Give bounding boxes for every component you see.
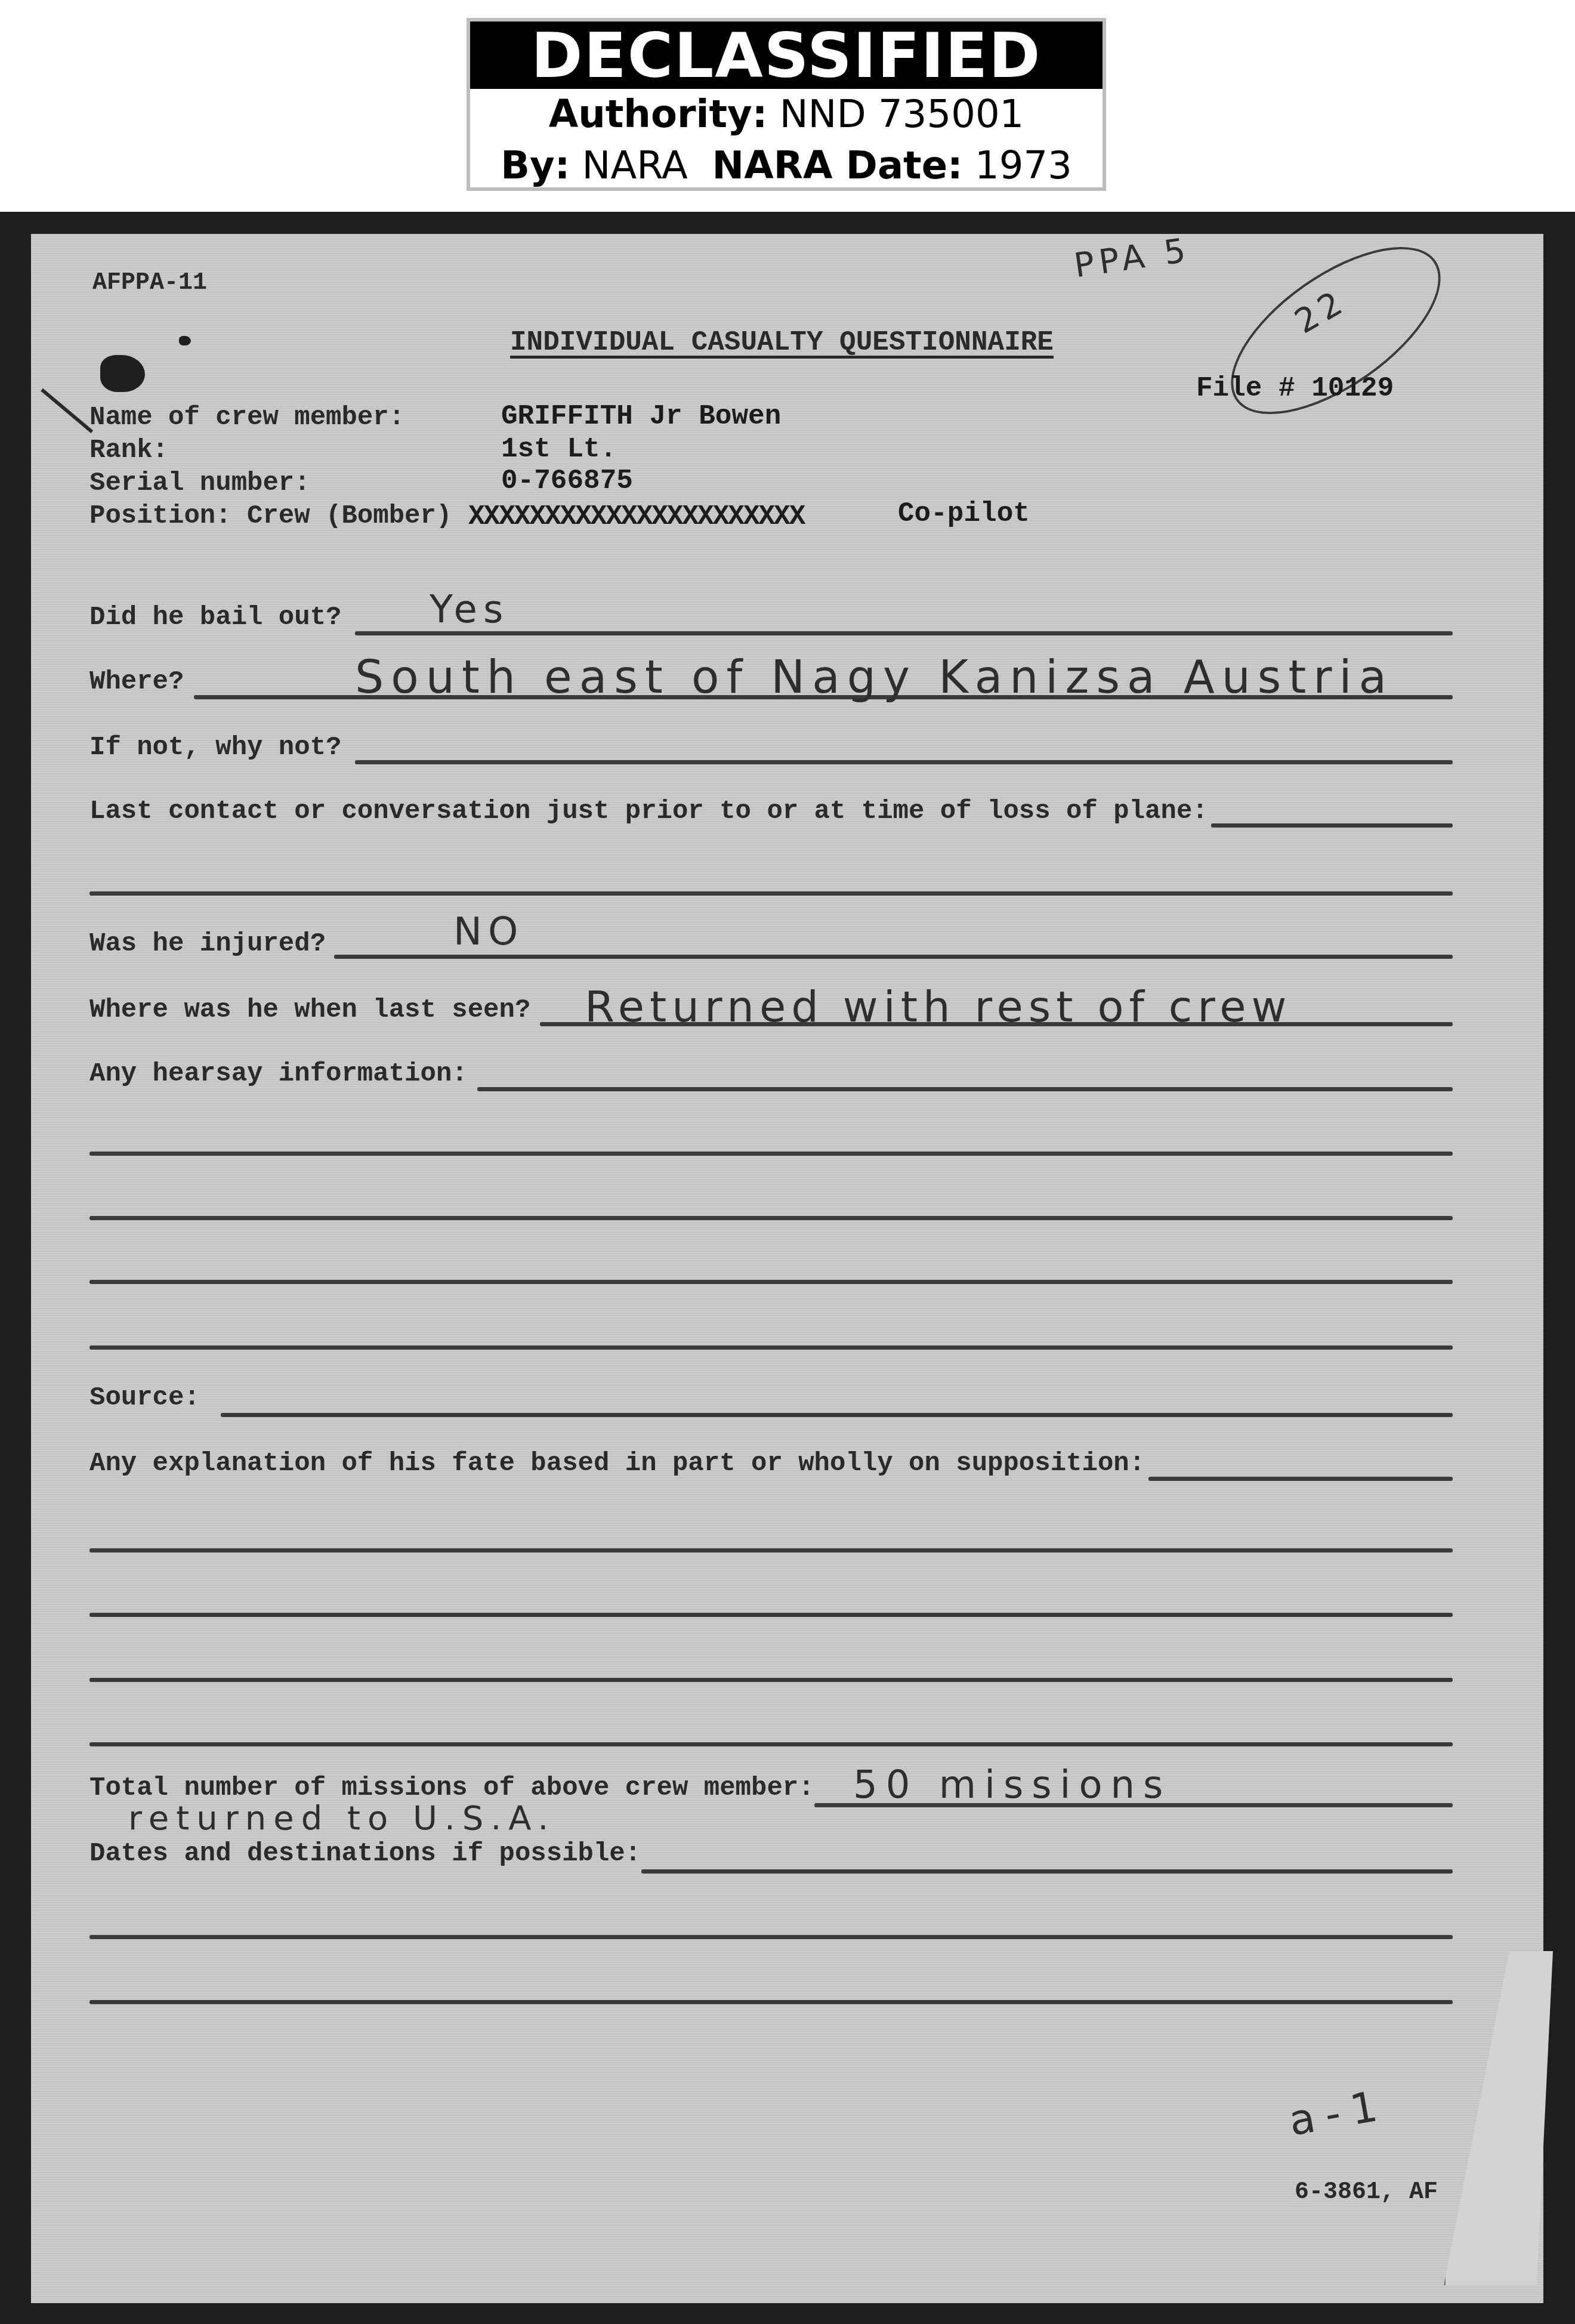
rank-value: 1st Lt. <box>501 434 616 465</box>
if-not-label: If not, why not? <box>89 733 341 763</box>
form-code: AFPPA-11 <box>92 270 207 297</box>
bail-out-answer: Yes <box>430 588 509 632</box>
hearsay-blank-line-1 <box>89 1152 1453 1156</box>
position-value: Co-pilot <box>898 498 1030 529</box>
where-answer: South east of Nagy Kanizsa Austria <box>355 650 1394 703</box>
by-label: By: <box>501 144 570 188</box>
explanation-blank-line-4 <box>89 1742 1453 1746</box>
explanation-blank-line-3 <box>89 1678 1453 1682</box>
hearsay-blank-line-4 <box>89 1345 1453 1350</box>
name-value: GRIFFITH Jr Bowen <box>501 401 781 432</box>
bail-out-label: Did he bail out? <box>89 603 341 632</box>
explanation-field-line <box>1148 1477 1453 1481</box>
hearsay-blank-line-2 <box>89 1216 1453 1220</box>
ink-blot-mark <box>100 355 145 392</box>
explanation-blank-line-2 <box>89 1613 1453 1617</box>
explanation-label: Any explanation of his fate based in par… <box>89 1449 1145 1479</box>
where-label: Where? <box>89 667 184 697</box>
position-struck-text: XXXXXXXXXXXXXXXXXXXXXX <box>468 501 804 532</box>
source-label: Source: <box>89 1383 200 1413</box>
file-number: File # 10129 <box>1196 373 1394 404</box>
by-value: NARA <box>582 144 688 188</box>
stamp-by-date: By: NARA NARA Date: 1973 <box>470 140 1102 192</box>
last-contact-field-line-2 <box>89 891 1453 896</box>
date-label: NARA Date: <box>712 144 963 188</box>
dates-blank-line-2 <box>89 2000 1453 2004</box>
hearsay-label: Any hearsay information: <box>89 1059 468 1089</box>
declassified-stamp: DECLASSIFIED Authority: NND 735001 By: N… <box>467 18 1106 191</box>
dates-label: Dates and destinations if possible: <box>89 1839 641 1869</box>
missions-note: returned to U.S.A. <box>128 1799 555 1838</box>
last-seen-label: Where was he when last seen? <box>89 995 530 1025</box>
serial-value: 0-766875 <box>501 465 633 496</box>
document-page <box>31 234 1543 2303</box>
position-label: Position: Crew (Bomber) <box>89 501 452 531</box>
stamp-header: DECLASSIFIED <box>470 21 1102 89</box>
if-not-field-line <box>355 760 1453 764</box>
rank-label: Rank: <box>89 436 168 465</box>
dates-field-line <box>641 1869 1453 1874</box>
injured-answer: NO <box>453 910 524 954</box>
serial-label: Serial number: <box>89 468 310 498</box>
form-footer-code: 6-3861, AF <box>1295 2179 1438 2206</box>
date-value: 1973 <box>975 144 1072 188</box>
last-contact-label: Last contact or conversation just prior … <box>89 797 1208 826</box>
last-seen-answer: Returned with rest of crew <box>585 982 1292 1032</box>
last-contact-field-line <box>1211 823 1453 828</box>
document-title: INDIVIDUAL CASUALTY QUESTIONNAIRE <box>510 327 1054 358</box>
explanation-blank-line-1 <box>89 1548 1453 1553</box>
missions-answer: 50 missions <box>853 1763 1171 1807</box>
bail-out-field-line <box>355 631 1453 635</box>
authority-label: Authority: <box>549 92 768 137</box>
authority-value: NND 735001 <box>780 92 1024 137</box>
injured-field-line <box>334 955 1453 959</box>
source-field-line <box>221 1413 1453 1417</box>
stamp-authority: Authority: NND 735001 <box>470 89 1102 140</box>
ink-dot-mark <box>179 336 191 345</box>
name-label: Name of crew member: <box>89 403 404 433</box>
hearsay-blank-line-3 <box>89 1280 1453 1284</box>
dates-blank-line-1 <box>89 1935 1453 1939</box>
injured-label: Was he injured? <box>89 929 326 959</box>
hearsay-field-line <box>477 1087 1453 1091</box>
